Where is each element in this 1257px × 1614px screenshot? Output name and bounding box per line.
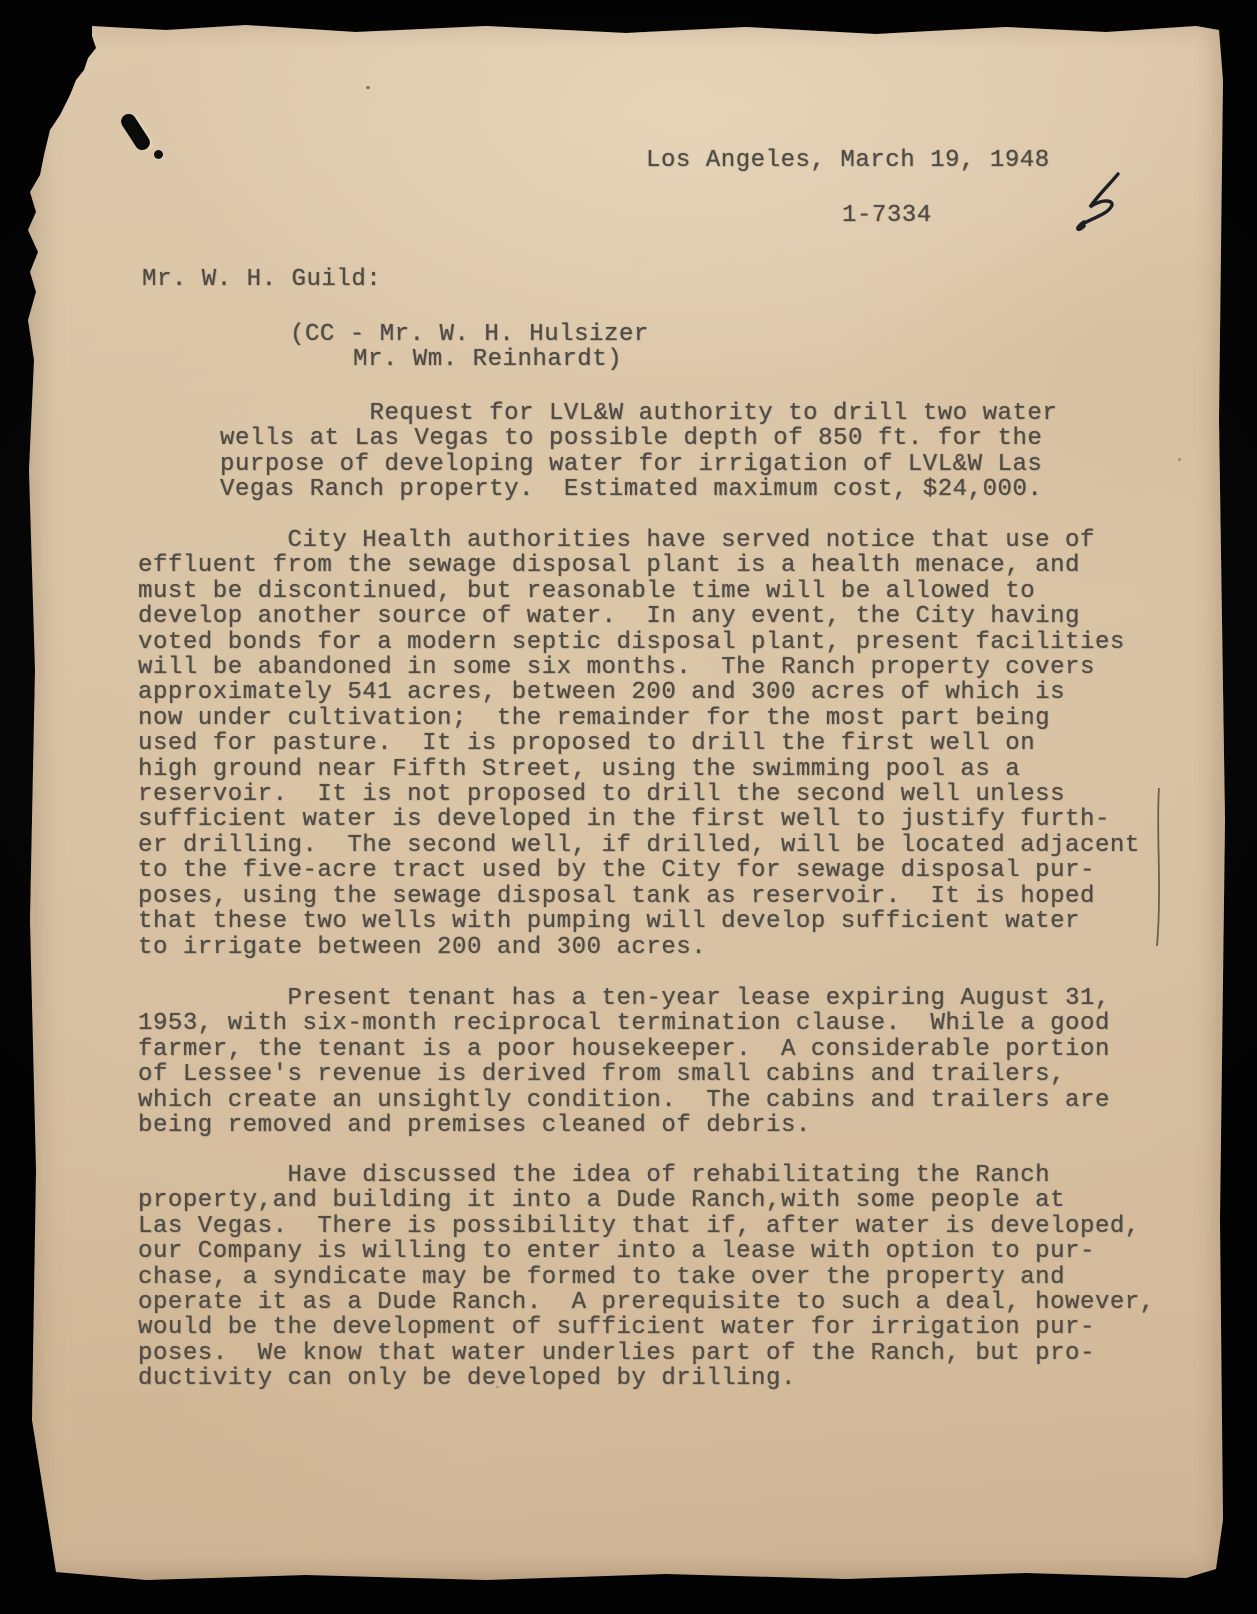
paper-speck	[366, 86, 370, 89]
paragraph-body-1: City Health authorities have served noti…	[138, 528, 1140, 960]
addressee-line: Mr. W. H. Guild:	[142, 267, 381, 292]
file-number: 1-7334	[842, 203, 932, 228]
paragraph-body-2: Present tenant has a ten-year lease expi…	[138, 986, 1110, 1138]
paragraph-subject: Request for LVL&W authority to drill two…	[220, 401, 1057, 503]
paragraph-body-3: Have discussed the idea of rehabilitatin…	[138, 1163, 1155, 1392]
dateline: Los Angeles, March 19, 1948	[646, 148, 1050, 173]
handwritten-initial-mark	[1066, 168, 1136, 246]
scan-background: Los Angeles, March 19, 1948 1-7334 Mr. W…	[0, 0, 1257, 1614]
punch-hole-chip	[154, 150, 163, 159]
cc-line-1: (CC - Mr. W. H. Hulsizer	[290, 322, 649, 347]
paper-speck	[1178, 458, 1181, 461]
punch-hole	[118, 111, 152, 153]
cc-line-2: Mr. Wm. Reinhardt)	[353, 347, 622, 372]
letter-page: Los Angeles, March 19, 1948 1-7334 Mr. W…	[26, 20, 1228, 1586]
margin-pen-line	[1154, 786, 1164, 948]
